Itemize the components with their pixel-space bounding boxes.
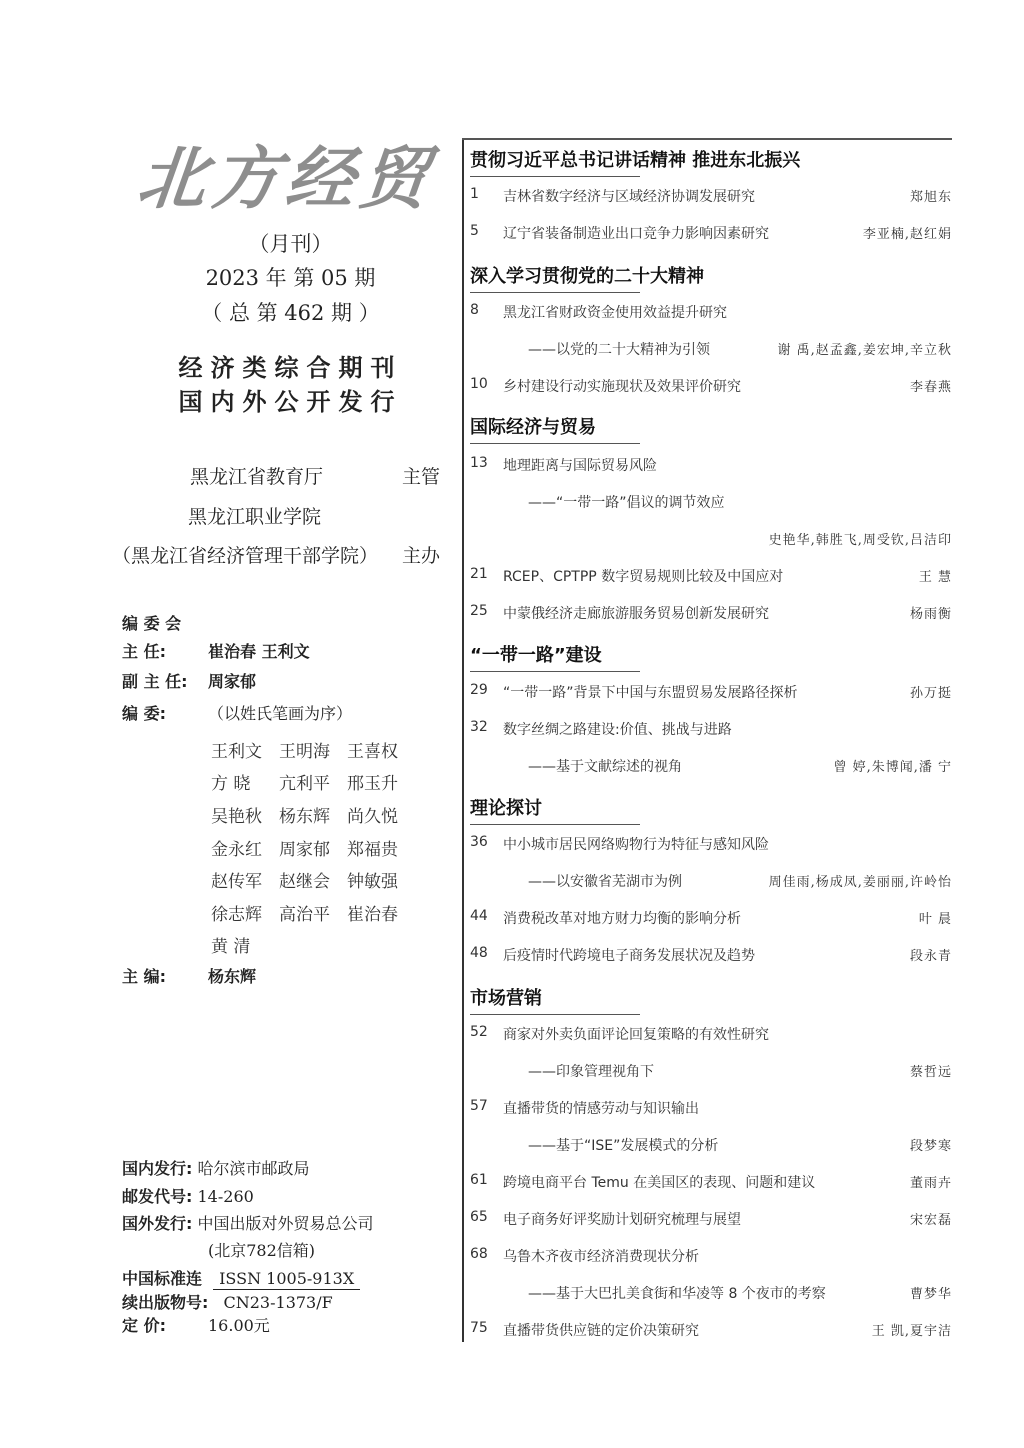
article-title: RCEP、CPTPP 数字贸易规则比较及中国应对 [503, 566, 783, 586]
article-title: 跨境电商平台 Temu 在美国区的表现、问题和建议 [503, 1172, 815, 1192]
article-authors: 周佳雨,杨成凤,姜丽丽,许岭怡 [769, 871, 952, 890]
toc-article[interactable]: 5辽宁省装备制造业出口竞争力影响因素研究李亚楠,赵红娟 [470, 223, 952, 243]
member-row: 黄 清 [211, 932, 279, 957]
member-name: 高治平 [279, 900, 347, 925]
postal-code-row: 邮发代号: 14-260 [122, 1184, 254, 1207]
member-name: 亢利平 [279, 769, 347, 794]
article-authors: 郑旭东 [910, 186, 952, 205]
article-title: 中小城市居民网络购物行为特征与感知风险 [503, 834, 769, 854]
member-row: 吴艳秋杨东辉尚久悦 [211, 802, 415, 827]
member-name: 王喜权 [347, 737, 415, 762]
article-authors: 孙万挺 [910, 682, 952, 701]
issn-value: ISSN 1005-913X [213, 1269, 360, 1290]
total-issue-number: （ 总 第 462 期 ） [118, 297, 463, 327]
toc-article[interactable]: 13地理距离与国际贸易风险 [470, 455, 952, 475]
price-row: 定 价:16.00元 [122, 1313, 270, 1336]
member-name: 赵继会 [279, 867, 347, 892]
sponsor-org-alt: （黑龙江省经济管理干部学院） [112, 541, 378, 568]
foreign-distribution-row: 国外发行: 中国出版对外贸易总公司 [122, 1211, 374, 1234]
toc-article[interactable]: 25中蒙俄经济走廊旅游服务贸易创新发展研究杨雨衡 [470, 603, 952, 623]
toc-article[interactable]: 52商家对外卖负面评论回复策略的有效性研究 [470, 1024, 952, 1044]
postal-code-label: 邮发代号: [122, 1187, 192, 1206]
article-subtitle: ——“一带一路”倡议的调节效应 [528, 492, 725, 512]
article-title: 后疫情时代跨境电子商务发展状况及趋势 [503, 945, 755, 965]
toc-article[interactable]: 10乡村建设行动实施现状及效果评价研究李春燕 [470, 376, 952, 396]
tagline-category: 经济类综合期刊 [118, 348, 463, 383]
section-underline [470, 176, 640, 177]
page-number: 8 [470, 302, 479, 318]
price-value: 16.00元 [208, 1316, 270, 1335]
member-name: 尚久悦 [347, 802, 415, 827]
toc-article[interactable]: 65电子商务好评奖励计划研究梳理与展望宋宏磊 [470, 1209, 952, 1229]
deputy-row: 副 主 任:周家郁 [122, 669, 256, 692]
page-number: 13 [470, 455, 488, 471]
toc-article[interactable]: 57直播带货的情感劳动与知识输出 [470, 1098, 952, 1118]
member-name: 王利文 [211, 737, 279, 762]
member-name: 徐志辉 [211, 900, 279, 925]
article-authors: 曾 婷,朱博闻,潘 宁 [833, 756, 952, 775]
article-authors: 李亚楠,赵红娟 [863, 223, 952, 242]
page-number: 32 [470, 719, 488, 735]
article-authors: 蔡哲远 [910, 1061, 952, 1080]
chief-editor-label: 主 编: [122, 964, 208, 987]
member-row: 金永红周家郁郑福贵 [211, 835, 415, 860]
deputy-name: 周家郁 [208, 672, 256, 691]
article-title: 数字丝绸之路建设:价值、挑战与进路 [503, 719, 732, 739]
sponsor-role: 主办 [402, 541, 440, 568]
supervisor-org: 黑龙江省教育厅 [190, 462, 323, 489]
toc-article[interactable]: 29“一带一路”背景下中国与东盟贸易发展路径探析孙万挺 [470, 682, 952, 702]
article-title: 地理距离与国际贸易风险 [503, 455, 657, 475]
member-name: 崔治春 [347, 900, 415, 925]
chief-editor-row: 主 编:杨东辉 [122, 964, 256, 987]
article-authors: 史艳华,韩胜飞,周受钦,吕洁印 [769, 529, 952, 548]
article-subtitle: ——基于“ISE”发展模式的分析 [528, 1135, 718, 1155]
postal-code-value: 14-260 [198, 1187, 254, 1206]
member-name: 金永红 [211, 835, 279, 860]
deputy-label: 副 主 任: [122, 669, 208, 692]
page-number: 65 [470, 1209, 488, 1225]
page-number: 1 [470, 186, 479, 202]
toc-section-title: 国际经济与贸易 [470, 413, 596, 439]
article-title: 直播带货供应链的定价决策研究 [503, 1320, 699, 1340]
price-label: 定 价: [122, 1313, 208, 1336]
journal-logo: 北方经贸 [134, 138, 448, 220]
member-name: 赵传军 [211, 867, 279, 892]
toc-article-subtitle: ——基于“ISE”发展模式的分析段梦寒 [470, 1135, 952, 1155]
director-row: 主 任:崔治春 王利文 [122, 639, 310, 662]
member-name: 吴艳秋 [211, 802, 279, 827]
editorial-board-title: 编 委 会 [122, 611, 181, 634]
toc-article[interactable]: 1吉林省数字经济与区域经济协调发展研究郑旭东 [470, 186, 952, 206]
domestic-distribution-row: 国内发行: 哈尔滨市邮政局 [122, 1156, 310, 1179]
article-title: “一带一路”背景下中国与东盟贸易发展路径探析 [503, 682, 798, 702]
member-name: 邢玉升 [347, 769, 415, 794]
article-title: 乡村建设行动实施现状及效果评价研究 [503, 376, 741, 396]
article-subtitle: ——以党的二十大精神为引领 [528, 339, 710, 359]
article-subtitle: ——基于文献综述的视角 [528, 756, 682, 776]
page-number: 25 [470, 603, 488, 619]
cn-label: 续出版物号: [122, 1293, 208, 1312]
article-authors: 曹梦华 [910, 1283, 952, 1302]
toc-article[interactable]: 32数字丝绸之路建设:价值、挑战与进路 [470, 719, 952, 739]
article-authors: 王 凯,夏宇洁 [872, 1320, 952, 1339]
page-number: 75 [470, 1320, 488, 1336]
toc-article[interactable]: 68乌鲁木齐夜市经济消费现状分析 [470, 1246, 952, 1266]
article-title: 黑龙江省财政资金使用效益提升研究 [503, 302, 727, 322]
toc-article-subtitle: ——以党的二十大精神为引领谢 禹,赵孟鑫,姜宏坤,辛立秋 [470, 339, 952, 359]
domestic-label: 国内发行: [122, 1159, 192, 1178]
page-number: 36 [470, 834, 488, 850]
toc-article-authors: 史艳华,韩胜飞,周受钦,吕洁印 [470, 529, 952, 549]
article-title: 乌鲁木齐夜市经济消费现状分析 [503, 1246, 699, 1266]
article-authors: 董雨卉 [910, 1172, 952, 1191]
cn-row: 续出版物号: CN23-1373/F [122, 1290, 333, 1313]
toc-section-title: 市场营销 [470, 984, 542, 1010]
member-name: 周家郁 [279, 835, 347, 860]
toc-section-title: 理论探讨 [470, 794, 542, 820]
page-number: 52 [470, 1024, 488, 1040]
member-name: 黄 清 [211, 932, 279, 957]
toc-article[interactable]: 48后疫情时代跨境电子商务发展状况及趋势段永青 [470, 945, 952, 965]
issue-number: 2023 年 第 05 期 [118, 262, 463, 292]
article-title: 电子商务好评奖励计划研究梳理与展望 [503, 1209, 741, 1229]
article-authors: 李春燕 [910, 376, 952, 395]
article-authors: 段永青 [910, 945, 952, 964]
page-number: 29 [470, 682, 488, 698]
article-title: 辽宁省装备制造业出口竞争力影响因素研究 [503, 223, 769, 243]
section-underline [470, 1014, 640, 1015]
member-row: 徐志辉高治平崔治春 [211, 900, 415, 925]
sponsor-org: 黑龙江职业学院 [188, 502, 321, 529]
toc-article-subtitle: ——“一带一路”倡议的调节效应 [470, 492, 952, 512]
page-number: 68 [470, 1246, 488, 1262]
article-title: 中蒙俄经济走廊旅游服务贸易创新发展研究 [503, 603, 769, 623]
foreign-mailbox-value: (北京782信箱) [208, 1241, 315, 1260]
article-authors: 叶 晨 [919, 908, 952, 927]
issn-label: 中国标准连 [122, 1269, 202, 1288]
article-authors: 杨雨衡 [910, 603, 952, 622]
member-name: 王明海 [279, 737, 347, 762]
page-number: 61 [470, 1172, 488, 1188]
toc-article[interactable]: 8黑龙江省财政资金使用效益提升研究 [470, 302, 952, 322]
toc-article-subtitle: ——印象管理视角下蔡哲远 [470, 1061, 952, 1081]
page-number: 44 [470, 908, 488, 924]
column-divider [462, 138, 464, 1342]
toc-article-subtitle: ——基于大巴扎美食街和华凌等 8 个夜市的考察曹梦华 [470, 1283, 952, 1303]
toc-article[interactable]: 21RCEP、CPTPP 数字贸易规则比较及中国应对王 慧 [470, 566, 952, 586]
page-number: 5 [470, 223, 479, 239]
article-authors: 谢 禹,赵孟鑫,姜宏坤,辛立秋 [777, 339, 952, 358]
chief-editor-name: 杨东辉 [208, 967, 256, 986]
toc-article[interactable]: 44消费税改革对地方财力均衡的影响分析叶 晨 [470, 908, 952, 928]
toc-article[interactable]: 36中小城市居民网络购物行为特征与感知风险 [470, 834, 952, 854]
member-name: 郑福贵 [347, 835, 415, 860]
toc-top-rule [462, 138, 952, 140]
cn-value: CN23-1373/F [224, 1293, 333, 1312]
toc-article[interactable]: 75直播带货供应链的定价决策研究王 凯,夏宇洁 [470, 1320, 952, 1340]
article-authors: 宋宏磊 [910, 1209, 952, 1228]
toc-section-title: “一带一路”建设 [470, 641, 602, 667]
foreign-value: 中国出版对外贸易总公司 [198, 1214, 374, 1233]
article-subtitle: ——印象管理视角下 [528, 1061, 654, 1081]
page-number: 21 [470, 566, 488, 582]
section-underline [470, 671, 640, 672]
tagline-distribution: 国内外公开发行 [118, 382, 463, 417]
section-underline [470, 292, 640, 293]
toc-section-title: 深入学习贯彻党的二十大精神 [470, 262, 704, 288]
member-name: 钟敏强 [347, 867, 415, 892]
article-subtitle: ——基于大巴扎美食街和华凌等 8 个夜市的考察 [528, 1283, 826, 1303]
foreign-label: 国外发行: [122, 1214, 192, 1233]
article-title: 商家对外卖负面评论回复策略的有效性研究 [503, 1024, 769, 1044]
member-row: 王利文王明海王喜权 [211, 737, 415, 762]
publication-frequency: （月刊） [118, 228, 463, 258]
supervisor-role: 主管 [402, 462, 440, 489]
article-title: 吉林省数字经济与区域经济协调发展研究 [503, 186, 755, 206]
issn-row: 中国标准连 ISSN 1005-913X [122, 1266, 360, 1290]
director-names: 崔治春 王利文 [208, 642, 310, 661]
article-authors: 段梦寒 [910, 1135, 952, 1154]
toc-article-subtitle: ——以安徽省芜湖市为例周佳雨,杨成凤,姜丽丽,许岭怡 [470, 871, 952, 891]
section-underline [470, 443, 640, 444]
page-number: 10 [470, 376, 488, 392]
member-name: 杨东辉 [279, 802, 347, 827]
article-authors: 王 慧 [919, 566, 952, 585]
member-row: 方 晓亢利平邢玉升 [211, 769, 415, 794]
toc-section-title: 贯彻习近平总书记讲话精神 推进东北振兴 [470, 146, 800, 172]
domestic-value: 哈尔滨市邮政局 [198, 1159, 310, 1178]
members-row: 编 委:（以姓氏笔画为序） [122, 701, 352, 724]
page-number: 57 [470, 1098, 488, 1114]
article-title: 直播带货的情感劳动与知识输出 [503, 1098, 699, 1118]
article-title: 消费税改革对地方财力均衡的影响分析 [503, 908, 741, 928]
toc-article[interactable]: 61跨境电商平台 Temu 在美国区的表现、问题和建议董雨卉 [470, 1172, 952, 1192]
director-label: 主 任: [122, 639, 208, 662]
member-row: 赵传军赵继会钟敏强 [211, 867, 415, 892]
toc-article-subtitle: ——基于文献综述的视角曾 婷,朱博闻,潘 宁 [470, 756, 952, 776]
page-number: 48 [470, 945, 488, 961]
member-name: 方 晓 [211, 769, 279, 794]
foreign-mailbox: (北京782信箱) [208, 1238, 315, 1261]
section-underline [470, 824, 640, 825]
article-subtitle: ——以安徽省芜湖市为例 [528, 871, 682, 891]
members-label: 编 委: [122, 701, 208, 724]
members-note: （以姓氏笔画为序） [208, 704, 352, 723]
